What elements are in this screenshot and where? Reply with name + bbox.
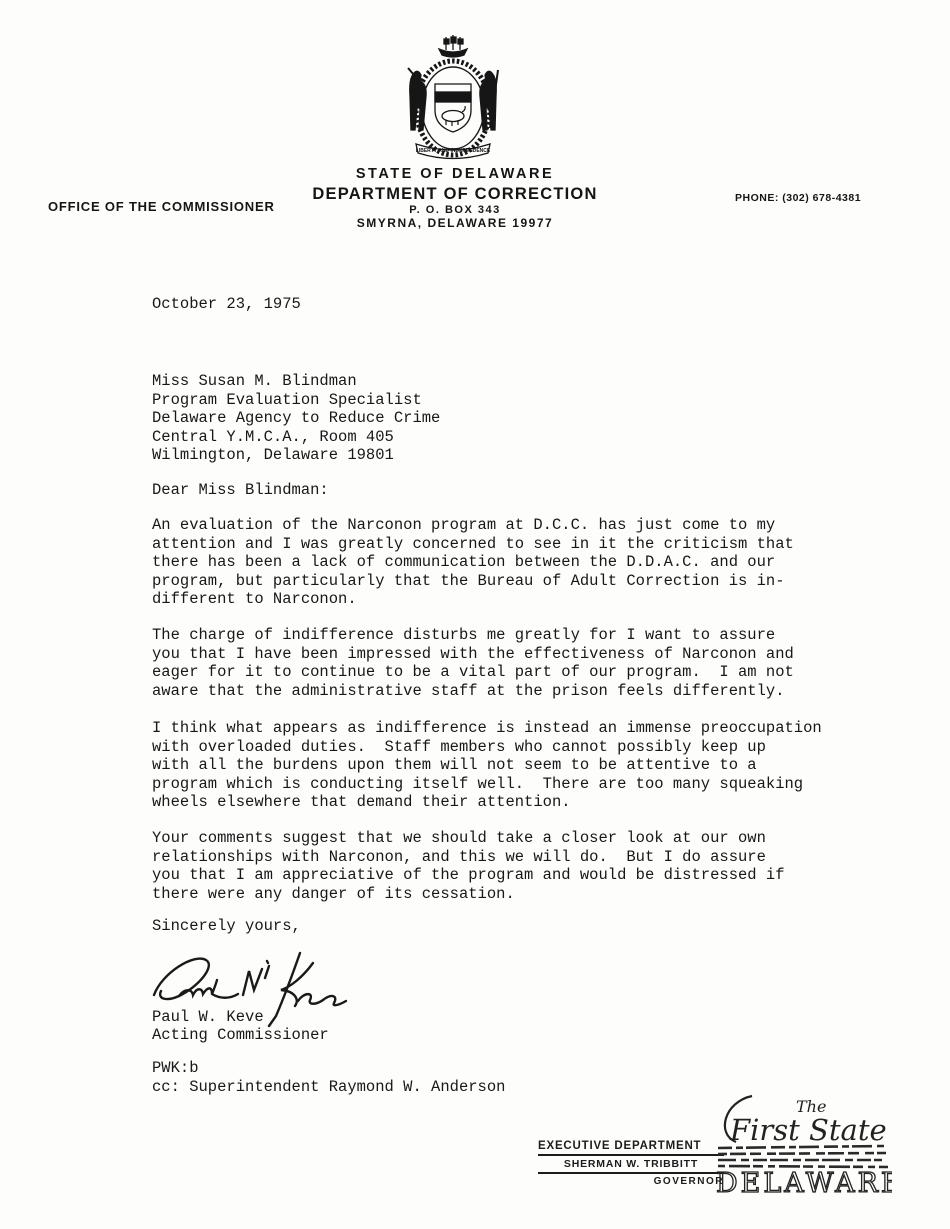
office-of-commissioner-label: OFFICE OF THE COMMISSIONER bbox=[48, 199, 275, 214]
salutation: Dear Miss Blindman: bbox=[152, 481, 329, 500]
letterhead-department-line: DEPARTMENT OF CORRECTION bbox=[255, 185, 655, 204]
reference-initials: PWK:b bbox=[152, 1059, 199, 1078]
letterhead-pobox-line: P. O. BOX 343 bbox=[255, 204, 655, 216]
executive-department-block: EXECUTIVE DEPARTMENT SHERMAN W. TRIBBITT… bbox=[538, 1140, 724, 1187]
signer-title: Acting Commissioner bbox=[152, 1026, 329, 1045]
signer-name: Paul W. Keve bbox=[152, 1008, 264, 1027]
phone-number: PHONE: (302) 678-4381 bbox=[735, 192, 861, 204]
stamp-first-state-text: First State bbox=[729, 1113, 887, 1147]
cc-line: cc: Superintendent Raymond W. Anderson bbox=[152, 1078, 505, 1097]
recipient-address-block: Miss Susan M. Blindman Program Evaluatio… bbox=[152, 372, 440, 465]
delaware-state-seal-icon: LIBERTY AND INDEPENDENCE bbox=[386, 32, 520, 164]
closing-line: Sincerely yours, bbox=[152, 917, 301, 936]
body-paragraph-3: I think what appears as indifference is … bbox=[152, 719, 822, 812]
body-paragraph-1: An evaluation of the Narconon program at… bbox=[152, 516, 794, 609]
body-paragraph-4: Your comments suggest that we should tak… bbox=[152, 829, 785, 903]
governor-name: SHERMAN W. TRIBBITT bbox=[538, 1156, 724, 1174]
body-paragraph-2: The charge of indifference disturbs me g… bbox=[152, 626, 794, 700]
stamp-delaware-text: DELAWARE bbox=[716, 1168, 892, 1199]
first-state-delaware-stamp: The First State DELAWARE bbox=[714, 1090, 892, 1200]
governor-title: GOVERNOR bbox=[538, 1174, 724, 1187]
scanned-letter-page: LIBERTY AND INDEPENDENCE STATE OF DELAWA… bbox=[0, 0, 950, 1229]
letterhead-city-line: SMYRNA, DELAWARE 19977 bbox=[255, 216, 655, 230]
letterhead-state-line: STATE OF DELAWARE bbox=[255, 166, 655, 182]
executive-department-label: EXECUTIVE DEPARTMENT bbox=[538, 1140, 724, 1156]
seal-motto: LIBERTY AND INDEPENDENCE bbox=[416, 148, 491, 154]
letter-date: October 23, 1975 bbox=[152, 295, 301, 314]
